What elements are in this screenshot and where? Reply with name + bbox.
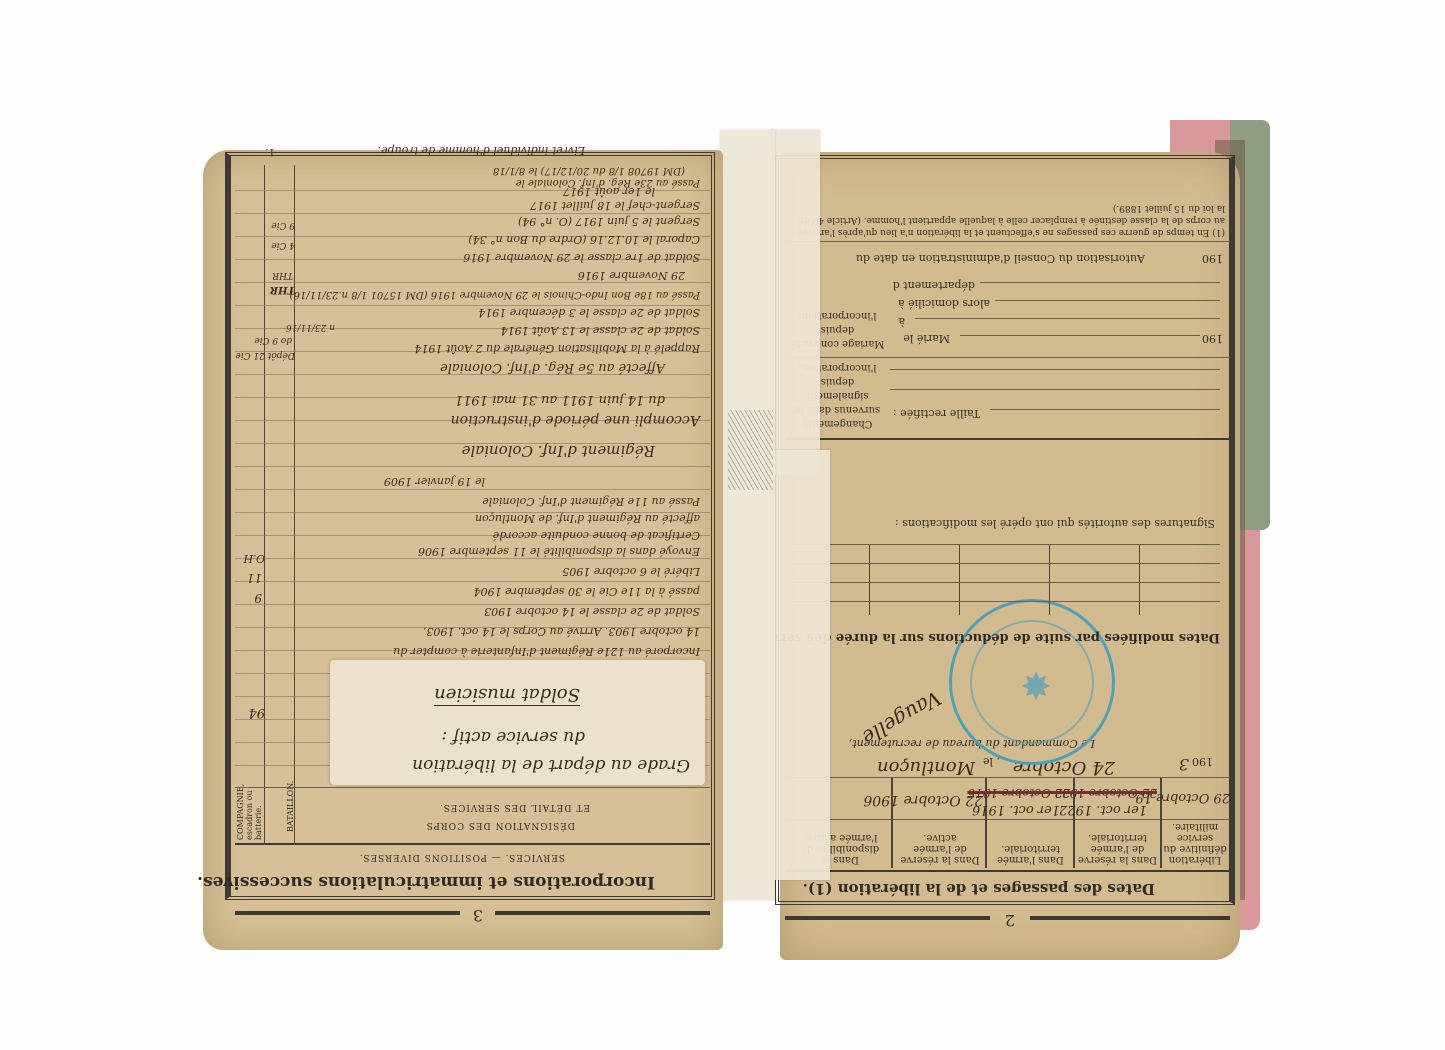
entry-line: Soldat de 2e classe le 13 Août 1914 (501, 324, 700, 337)
running-header: Livret individuel d'homme de troupe. (378, 144, 585, 157)
departement-label: département d (893, 279, 975, 292)
entry-line: Soldat de 2e classe le 3 décembre 1914 (478, 306, 700, 319)
page-2-number: 2 (1005, 911, 1015, 930)
entry-line: 29 Novembre 1916 (578, 269, 685, 282)
entry-line: Caporal le 10.12.16 (Ordre du Bon n° 34) (468, 233, 700, 246)
entry-line: Envoyé dans la disponibilité le 11 septe… (418, 545, 700, 558)
corner-mark: 1. (265, 146, 275, 157)
bataillon-header: BATAILLON. (286, 781, 295, 832)
entry-line: Passé au 23e Rég. d'Inf. Coloniale le (516, 177, 700, 188)
designation-header-2: ET DÉTAIL DES SERVICES. (439, 802, 590, 812)
page-3-number: 3 (473, 906, 483, 925)
taille-label: Taille rectifiée : (893, 407, 980, 420)
page-3-header-rule (235, 843, 710, 845)
card-line-1: Grade au départ de la libération (412, 755, 690, 775)
page-2-rule (1030, 916, 1230, 920)
page-2-title: Dates des passages et de la libération (… (803, 880, 1155, 898)
place-handwritten: Montluçon (877, 757, 975, 778)
compagnie-header: COMPAGNIE, escadron ou batterie. (236, 790, 262, 840)
passages-header-2: Dans la réserve de l'armée active. (895, 832, 985, 865)
marie-le-label: Marié le (903, 332, 950, 345)
entry-line: Rappelé à la Mobilisation Générale du 2 … (414, 342, 700, 355)
margin-note: 9 Cie (271, 220, 295, 230)
passages-header-3: Dans l'armée territoriale. (988, 843, 1073, 865)
entry-line: (DM 19708 1/8 du 20/12/17) le 8/1/18 (493, 165, 685, 176)
entry-line: du 14 juin 1911 au 31 mai 1911 (455, 392, 665, 407)
spine-tape-upper (770, 130, 820, 475)
margin-note: THR (270, 284, 295, 295)
stamp-emblem-icon: ✸ (1020, 663, 1052, 707)
footnote-rule (785, 241, 1230, 242)
page-2-title-rule (785, 870, 1230, 872)
authorization-label: Autorisation du Conseil d'administration… (856, 252, 1145, 265)
changes-top-rule (785, 438, 1230, 440)
mod-col-1 (1139, 545, 1140, 615)
passages-header-5: Libération définitive du service militai… (1160, 821, 1230, 865)
margin-note: do 9 Cie (254, 335, 292, 345)
entry-line: Certificat de bonne conduite accordé (493, 529, 700, 542)
margin-note: n 23/11/16 (286, 322, 335, 332)
a-label: à (898, 315, 905, 328)
margin-note: 4 Cie (271, 240, 295, 250)
marie-le-line (960, 335, 1200, 336)
taille-line (990, 409, 1220, 410)
entry-line: Passé au 18e Bon Indo-Chinois le 29 Nove… (290, 289, 700, 300)
mod-col-2 (1049, 545, 1050, 615)
authorization-year: 190 (1202, 252, 1223, 265)
passages-header-4: Dans la réserve de l'armée territoriale. (1075, 832, 1160, 865)
year-suffix: 3 (1179, 755, 1189, 774)
domicilie-label: alors domicilié à (898, 297, 990, 310)
marriage-year: 190 (1202, 332, 1223, 345)
year-prefix: 190 (1192, 755, 1213, 768)
page-3-rule-b (235, 911, 460, 915)
spine-tape-hatch (728, 410, 773, 490)
mod-row-3 (790, 563, 1220, 564)
changes-bottom-rule (785, 357, 1230, 358)
passages-value-3: 1er oct. 1916 (972, 802, 1060, 817)
entry-line: Accompli une période d'instruction (451, 412, 700, 428)
entry-line: Incorporé au 121e Régiment d'Infanterie … (393, 645, 700, 658)
mod-row-4 (790, 544, 1220, 545)
entry-line: Sergent le 5 juin 1917 (O. n° 94) (518, 215, 700, 228)
margin-note: Dépôt 21 Cie (235, 350, 295, 360)
departement-line (980, 282, 1220, 283)
margin-note: 11 (247, 571, 262, 585)
passages-value-5: 29 Octobre 19.. (1127, 790, 1230, 805)
passages-bottom-rule (785, 777, 1230, 778)
passages-row-rule (785, 819, 1230, 820)
changes-line-3 (890, 369, 1220, 370)
page-2-rule-b (785, 916, 990, 920)
margin-note: O.H (244, 552, 265, 565)
passages-value-2: 22 Octobre 1906 (863, 792, 983, 808)
entry-line: Affecté au 5e Rég. d'Inf. Coloniale (440, 360, 665, 375)
entry-line: affecté au Régiment d'Inf. de Montluçon (475, 512, 700, 525)
page-3-subtitle: SERVICES. — POSITIONS DIVERSES. (359, 852, 565, 862)
domicilie-line (995, 300, 1220, 301)
changes-line-2 (890, 389, 1220, 390)
card-line-3: Soldat musicien (434, 684, 580, 705)
footnote: (1) En temps de guerre ces passages ne s… (790, 202, 1225, 238)
card-line-2: du service actif : (441, 727, 585, 747)
page-3-rule-a (495, 911, 710, 915)
signatures-title: Signatures des autorités qui ont opéré l… (895, 517, 1215, 530)
a-line (915, 318, 1220, 319)
booklet-scan: 2 Dates des passages et de la libération… (0, 0, 1445, 1050)
entry-line: Libéré le 6 octobre 1905 (562, 565, 700, 578)
modifications-title: Dates modifiées par suite de déductions … (772, 630, 1220, 645)
entry-line: Passé au 11e Régiment d'Inf. Coloniale (482, 495, 700, 508)
mod-col-4 (869, 545, 870, 615)
entry-line: passé à la 11e Cie le 30 septembre 1904 (474, 585, 700, 598)
mod-row-1 (790, 601, 1220, 602)
page-3-title: Incorporations et immatriculations succe… (197, 872, 655, 892)
entry-line: le 19 janvier 1909 (384, 475, 485, 488)
spine-tape-right (720, 130, 775, 900)
entry-line: Soldat de 2e classe le 14 octobre 1903 (484, 605, 700, 618)
designation-header: DÉSIGNATION DES CORPS (426, 820, 575, 830)
mod-row-2 (790, 582, 1220, 583)
margin-note: 9 (254, 591, 262, 605)
spine-tape-lower (770, 450, 830, 880)
attached-note-card: Grade au départ de la libération du serv… (330, 660, 705, 785)
entry-line: Soldat de 1re classe le 29 Novembre 1916 (463, 251, 700, 264)
margin-note: THR (272, 270, 293, 280)
recruitment-office-stamp: ✸ (949, 599, 1115, 765)
entry-line: 14 octobre 1903. Arrivé au Corps le 14 o… (423, 625, 700, 638)
mod-col-3 (959, 545, 960, 615)
entry-line: Sergent-chef le 18 juillet 1917 (530, 199, 700, 212)
margin-note: 94 (248, 705, 265, 720)
entry-line: Régiment d'Inf. Coloniale (462, 442, 655, 460)
